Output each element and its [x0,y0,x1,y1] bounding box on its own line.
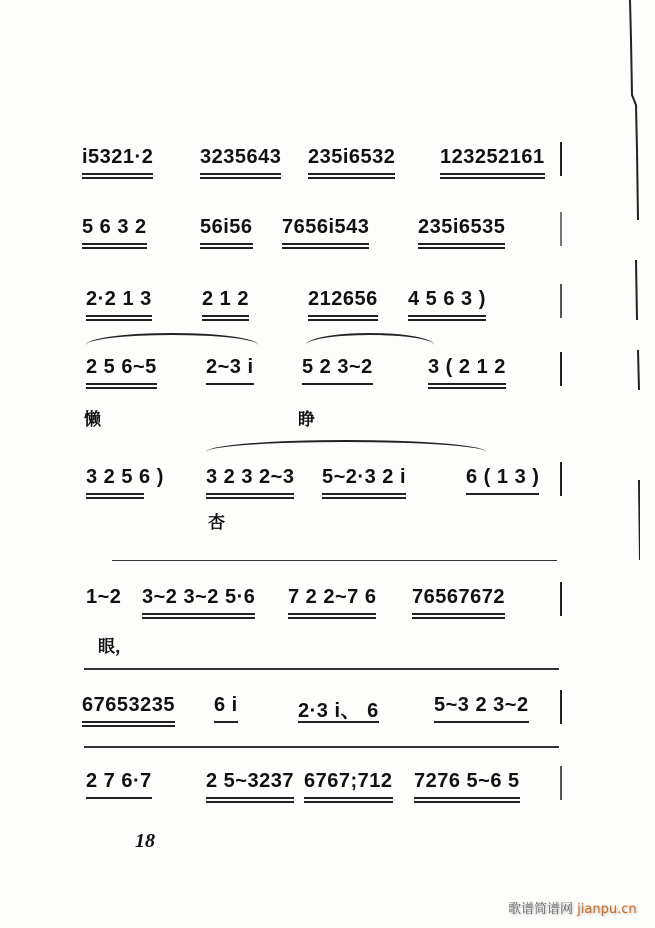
notes: 2 5~3237 [206,770,294,792]
notes: 212656 [308,288,378,310]
score-line-6: 1~2 3~2 3~2 5·6 7 2 2~7 6 76567672 [82,580,562,620]
slur [206,440,486,452]
watermark-url: jianpu.cn [577,902,636,917]
notes: 1~2 [86,586,121,608]
score-line-4: 2 5 6~5 2~3 i 5 2 3~2 3 ( 2 1 2 [82,350,562,390]
notes: 7 2 2~7 6 [288,586,376,608]
bar: 2 5~3237 [206,770,294,793]
watermark: 歌谱简谱网 jianpu.cn [508,898,637,917]
barline [560,766,562,800]
notes: 3 ( 2 1 2 [428,356,506,378]
bar: 6767;712 [304,770,393,793]
lyric: 眼， [98,632,132,657]
bar: 5~3 2 3~2 [434,694,529,717]
score-line-3: 2·2 1 3 2 1 2 212656 4 5 6 3 ) [82,282,562,322]
bar: 5 2 3~2 [302,356,373,379]
notes: 235i6535 [418,216,505,238]
notes: 3~2 3~2 5·6 [142,586,255,608]
notes: 2·2 1 3 [86,288,152,310]
bar: 2 5 6~5 [86,356,157,379]
score-line-5: 3 2 5 6 ) 3 2 3 2~3 5~2·3 2 i 6 ( 1 3 ) [82,460,562,500]
notes: 235i6532 [308,146,395,168]
notes: 7656i543 [282,216,369,238]
barline [560,352,562,386]
lyric: 懒 [84,405,101,430]
notes: 5 2 3~2 [302,356,373,378]
bar: 3 2 5 6 ) [86,466,164,489]
bar: 1~2 [86,586,121,609]
score-line-2: 5 6 3 2 56i56 7656i543 235i6535 [82,210,562,250]
notes: 4 5 6 3 ) [408,288,486,310]
notes: 3 2 3 2~3 [206,466,294,488]
notes: 5~2·3 2 i [322,466,406,488]
notes: 3 2 5 6 ) [86,466,164,488]
bar: 235i6532 [308,146,395,169]
bar: 2 7 6·7 [86,770,152,793]
bar: 7 2 2~7 6 [288,586,376,609]
lyric: 杏 [208,508,225,533]
score-line-1: i5321·2 3235643 235i6532 123252161 [82,140,562,180]
bar: 5 6 3 2 [82,216,147,239]
barline [560,284,562,318]
tie-line [112,560,557,561]
notes: 56i56 [200,216,253,238]
notes: 2 7 6·7 [86,770,152,792]
bar: 67653235 [82,694,175,717]
bar: 6 i [214,694,238,717]
barline [560,462,562,496]
page-edge-scan-mark [628,0,640,560]
barline [560,690,562,724]
notes: 67653235 [82,694,175,716]
bar: 4 5 6 3 ) [408,288,486,311]
tie-line [84,746,559,748]
bar: 235i6535 [418,216,505,239]
notes: 5~3 2 3~2 [434,694,529,716]
bar: 2·3 i、 6 [298,694,379,723]
bar: 6 ( 1 3 ) [466,466,539,489]
notes: 2~3 i [206,356,254,378]
notes: 76567672 [412,586,505,608]
notes: 3235643 [200,146,281,168]
barline [560,212,562,246]
notes: 2 5 6~5 [86,356,157,378]
tie-line [84,668,559,670]
notes: 5 6 3 2 [82,216,147,238]
bar: 3 2 3 2~3 [206,466,294,489]
score-line-7: 67653235 6 i 2·3 i、 6 5~3 2 3~2 [82,688,562,728]
bar: 5~2·3 2 i [322,466,406,489]
score-line-8: 2 7 6·7 2 5~3237 6767;712 7276 5~6 5 [82,764,562,804]
notes: i5321·2 [82,146,153,168]
bar: 2·2 1 3 [86,288,152,311]
notes: 2·3 i、 6 [298,700,379,722]
page-number: 18 [135,830,155,853]
bar: 123252161 [440,146,545,169]
notes: 6 i [214,694,238,716]
bar: i5321·2 [82,146,153,169]
bar: 76567672 [412,586,505,609]
barline [560,582,562,616]
bar: 56i56 [200,216,253,239]
bar: 7276 5~6 5 [414,770,520,793]
notes: 2 1 2 [202,288,249,310]
bar: 212656 [308,288,378,311]
bar: 2~3 i [206,356,254,379]
slur [306,333,434,345]
watermark-site-name: 歌谱简谱网 [508,902,573,917]
bar: 3235643 [200,146,281,169]
bar: 3~2 3~2 5·6 [142,586,255,609]
bar: 3 ( 2 1 2 [428,356,506,379]
bar: 7656i543 [282,216,369,239]
barline [560,142,562,176]
notes: 123252161 [440,146,545,168]
notes: 6767;712 [304,770,393,792]
slur [86,333,258,345]
bar: 2 1 2 [202,288,249,311]
lyric: 睁 [298,405,315,430]
notes: 7276 5~6 5 [414,770,520,792]
notes: 6 ( 1 3 ) [466,466,539,488]
